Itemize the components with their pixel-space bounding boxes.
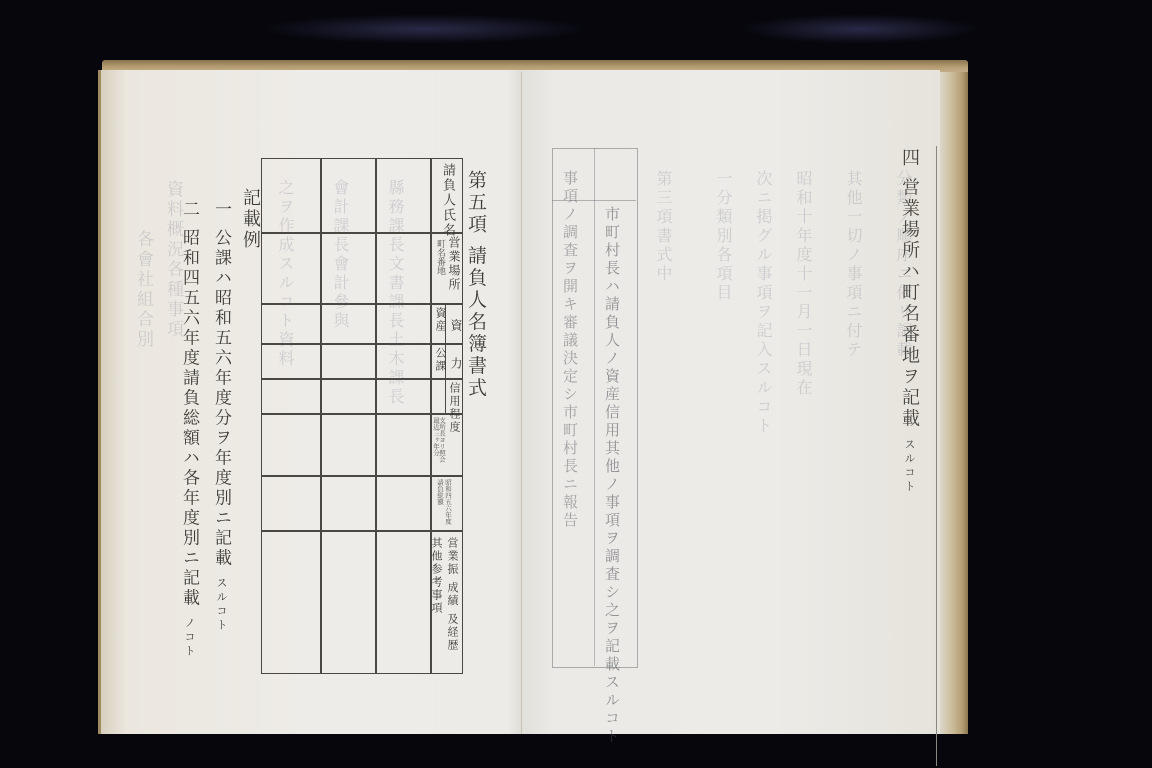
row-divider <box>262 413 462 415</box>
note-1: 一 公課ハ昭和五六年度分ヲ年度別ニ記載 スルコト <box>209 200 234 633</box>
row-divider <box>262 475 462 477</box>
note-2-suffix: ノコト <box>183 617 196 659</box>
bleed-through-text: 各會社組合別 <box>131 230 156 350</box>
bleed-through-text: 昭和十年度十一月一日現在 <box>792 170 815 398</box>
column-divider <box>375 159 377 673</box>
open-book: 資料概況各種事項 各會社組合別 記載例 一 公課ハ昭和五六年度分ヲ年度別ニ記載 … <box>98 60 970 738</box>
vertical-margin-rule <box>936 146 937 766</box>
left-page: 資料概況各種事項 各會社組合別 記載例 一 公課ハ昭和五六年度分ヲ年度別ニ記載 … <box>98 70 525 734</box>
header-credit-degree: 信用程度 <box>446 382 462 434</box>
bleed-through-text: 第三項書式中 <box>652 170 675 284</box>
bleed-through-text: 次ニ掲グル事項ヲ記入スルコト <box>752 170 775 436</box>
bleed-through-text: 市町村長ハ請負人ノ資産信用其他ノ事項ヲ調査シ之ヲ記載スルコト <box>602 206 623 746</box>
note-1-suffix: スルコト <box>215 577 228 633</box>
background-light-reflection <box>260 14 590 44</box>
section-title: 第五項 請負人名簿書式 <box>463 170 490 399</box>
header-public-levies: 公課 <box>432 347 448 373</box>
header-business-location-sub: 町名番地 <box>434 239 447 275</box>
row-divider <box>262 530 462 532</box>
note-1-text: 公課ハ昭和五六年度分ヲ年度別ニ記載 <box>211 228 231 568</box>
note-2-marker: 二 <box>179 200 199 220</box>
instruction-four-suffix: スルコト <box>903 438 916 494</box>
header-business-location: 営業場所 <box>446 236 463 292</box>
column-divider <box>320 159 322 673</box>
row-divider <box>262 378 462 380</box>
header-contractor-name: 請負人氏名 <box>438 163 457 238</box>
background-light-reflection <box>740 14 980 44</box>
header-branch-inquiry-sub: 最近三ヶ年分 <box>432 417 440 456</box>
note-2-text: 昭和四五六年度請負総額ハ各年度別ニ記載 <box>179 228 199 608</box>
right-page: 市町村長ハ請負人ノ資産信用其他ノ事項ヲ調査シ之ヲ記載スルコト 事項ノ調査ヲ開キ審… <box>522 70 940 734</box>
bleed-through-text: 事項ノ調査ヲ開キ審議決定シ市町村長ニ報告 <box>560 170 581 530</box>
header-total-contracts: 昭和四五六年度請負総額 <box>436 479 452 529</box>
instruction-four: 四 営業場所ハ町名番地ヲ記載 スルコト <box>896 148 922 494</box>
bleed-through-text: 會計課長會計參與 <box>329 179 352 331</box>
note-2: 二 昭和四五六年度請負総額ハ各年度別ニ記載 ノコト <box>177 200 202 659</box>
bleed-through-text: 一分類別各項目 <box>712 170 735 303</box>
bleed-through-text: 其他一切ノ事項ニ付テ <box>842 170 865 360</box>
notes-heading: 記載例 <box>237 188 263 251</box>
bleed-through-text: 之ヲ作成スルコト資料 <box>274 179 297 369</box>
aged-page-stack-edge <box>940 72 968 734</box>
bleed-through-table-line <box>594 148 595 666</box>
header-remarks: 営業振 成績 及経歴 其他参考事項 <box>434 537 460 665</box>
bleed-through-text: 縣務課長文書課長土木課長 <box>384 179 407 407</box>
header-assets: 資産 <box>432 307 448 333</box>
contractor-register-form-table: 請負人氏名 営業場所 町名番地 資力 資産 公課 信用程度 支所長ヨリ照会 最近… <box>261 158 463 674</box>
instruction-four-text: 四 営業場所ハ町名番地ヲ記載 <box>899 148 920 430</box>
note-1-marker: 一 <box>211 200 231 220</box>
